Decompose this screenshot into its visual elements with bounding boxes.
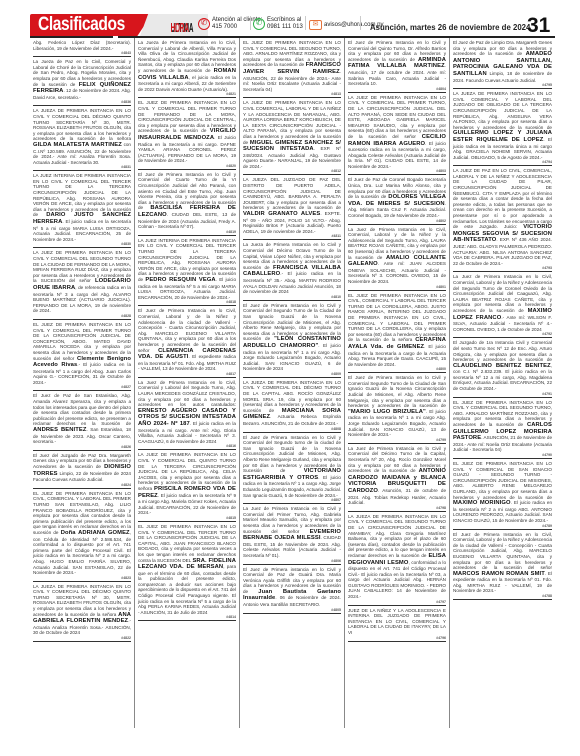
- notice-text: LA JUEZA DE PRIMERA INSTANCIA EN LO CIVI…: [348, 514, 446, 558]
- legal-notice: EL JUEZ DE PRIMERA INSTANCIA EN LO CIVIL…: [138, 98, 236, 170]
- legal-notice: LA JUEZ DE PRIMERA INSTANCIA EN LO CIVIL…: [138, 450, 236, 522]
- notice-text: La Juez de Primera Instancia en lo Civil…: [138, 380, 236, 407]
- notice-code: #4820: [138, 164, 236, 168]
- column-4: El Juez de Primera Instancia en lo Civil…: [345, 38, 450, 728]
- notice-code: #4819: [138, 230, 236, 234]
- notice-text: LA JUEZ DE PRIMERA INSTANCIA EN LO CIVIL…: [243, 100, 341, 144]
- legal-notice: EL JUEZ DE PRIMERA INSTANCIA EN LO CIVIL…: [33, 320, 131, 392]
- legal-notice: JUEZ DE LA NIÑEZ Y LA ADOLESCENCIA E INT…: [348, 606, 446, 642]
- deceased-name: VALDIR GRANATO ALVES: [243, 211, 320, 217]
- notice-code: #4807: [243, 498, 341, 502]
- phone-icon: ✆: [198, 18, 210, 30]
- notice-code: #4809: [243, 372, 341, 376]
- legal-notice: El Juez de Primera Instancia en lo Civil…: [348, 38, 446, 93]
- notice-code: #4802: [348, 219, 446, 223]
- notice-text: LA JUEZA DEL JUZGADO DE PAZ DEL DISTRITO…: [243, 177, 341, 210]
- legal-notice: La Jueza de Paz en lo Civil, Comercial y…: [33, 57, 131, 106]
- whatsapp-number[interactable]: 0981 111 013: [267, 24, 303, 30]
- legal-notice: EL JUEZ DE PRIMERA INSTANCIA EN LO CIVIL…: [453, 459, 552, 530]
- legal-notice: EL JUEZ DE PRIMERA INSTANCIA EN LO CIVIL…: [453, 398, 552, 459]
- section-title-banner: Clasificados: [30, 14, 152, 36]
- deceased-name: CLAUDELINO BENITEZ BENITEZ: [453, 363, 551, 369]
- notice-code: #4789: [453, 524, 552, 528]
- dateline: Asunción, martes 26 de noviembre de 2024: [370, 22, 530, 32]
- legal-notice: El Juez de Paz de San Estanislao, Abg. A…: [33, 391, 131, 450]
- legal-notice: EL JUEZ DE PRIMERA INSTANCIA EN LO CIVIL…: [33, 489, 131, 582]
- section-title: Clasificados: [38, 14, 125, 36]
- notice-code: #4826: [33, 445, 131, 449]
- legal-notice: La Jueza de Primera Instancia en lo Civi…: [138, 38, 236, 98]
- legal-notice: El Juzgado de 1ra Instancia Civil y Come…: [453, 338, 552, 397]
- whatsapp-icon: ✆: [253, 18, 265, 30]
- legal-notice: LA JUEZA DE PRIMERA INSTANCIA EN LO CIVI…: [33, 106, 131, 171]
- legal-notice: El Juez de Primera Instancia en lo Civil…: [453, 530, 552, 601]
- notice-code: #4792: [453, 332, 552, 336]
- notice-text: El Juzgado de 1ra Instancia Civil y Come…: [453, 340, 552, 362]
- legal-notice: El Juez de Primera Instancia en lo Civil…: [138, 306, 236, 378]
- column-2: La Jueza de Primera Instancia en lo Civi…: [135, 38, 240, 728]
- legal-notice: LA JUEZA DE PRIMERA INSTANCIA EN LO CIVI…: [33, 582, 131, 642]
- notice-code: #4808: [243, 427, 341, 431]
- legal-notice: LA JUEZ DE PRIMERA INSTANCIA EN LO CIVIL…: [243, 98, 341, 175]
- legal-notice: EL JUEZ DE PRIMERA INSTANCIA EN LO CIVIL…: [243, 38, 341, 98]
- notice-text: EL JUEZ DE PRIMERA INSTANCIA EN LO CIVIL…: [348, 293, 446, 343]
- notice-code: #4804: [348, 87, 446, 91]
- notice-code: #4795: [453, 83, 552, 87]
- notice-code: #4788: [453, 594, 552, 598]
- legal-notice: El Juez de Paz de Limpio Dra. Margareth …: [453, 38, 552, 89]
- legal-notice: El Juez de Primera Instancia en lo Civil…: [348, 373, 446, 444]
- notice-code: #4813: [243, 92, 341, 96]
- notice-code: #4831: [33, 165, 131, 169]
- notice-code: #4793: [453, 266, 552, 270]
- legal-notice: LA JUEZ INTERINA DE PRIMERA INSTANCIA EN…: [33, 171, 131, 248]
- legal-notice: La Jueza de Primera Instancia en lo Civi…: [243, 240, 341, 300]
- divider: [360, 16, 361, 30]
- column-5: El Juez de Paz de Limpio Dra. Margareth …: [450, 38, 555, 728]
- deceased-name: MARCOS RAMON ROMAN SMIT: [453, 571, 545, 577]
- envelope-icon: ✉: [309, 20, 322, 30]
- page-number: 31: [527, 14, 550, 38]
- notice-text: JUEZ DE LA NIÑEZ Y LA ADOLESCENCIA E INT…: [348, 608, 446, 635]
- page-header: Clasificados ULTIMAHORA ✆ Atención al cl…: [0, 0, 580, 36]
- notice-code: #4828: [33, 314, 131, 318]
- notice-code: #4800: [348, 367, 446, 371]
- legal-notice: El Juez de Primera instancia en lo Civil…: [243, 565, 341, 614]
- legal-notice: La Juez de Primera Instancia en lo Civil…: [453, 272, 552, 338]
- legal-notice: Abg. Federico López Díaz (Secretario). L…: [33, 38, 131, 57]
- logo-part-hora: HORA: [171, 20, 189, 35]
- notice-code: #4791: [453, 392, 552, 396]
- notice-text: El Juez de Paz de San Estanislao, Abg. A…: [33, 393, 131, 426]
- divider: [305, 16, 306, 30]
- divider: [250, 16, 251, 30]
- notice-code: #4821: [138, 92, 236, 96]
- deceased-name: GUILLERMO LOPEZ Y JULIANA ESTER RIQUELME…: [453, 130, 552, 143]
- notice-code: #4817: [138, 372, 236, 376]
- legal-notice: LA JUEZ INTERINA DE PRIMERA INSTANCIA EN…: [138, 236, 236, 307]
- notice-text: LA JUEZA DE PRIMERA INSTANCIA EN LO CIVI…: [33, 584, 131, 617]
- notice-text: , con Cédula de Identidad Nº 2.586.534, …: [33, 530, 131, 575]
- legal-notice: La Juez de Primera Instancia en lo Civil…: [348, 444, 446, 512]
- notice-code: #4843: [33, 51, 131, 55]
- deceased-name: "MARIO LUGO BRIZUELA": [348, 409, 426, 415]
- notice-code: #4816: [138, 444, 236, 448]
- notice-code: #4796: [348, 636, 446, 640]
- legal-notice: La Juez de Primera Instancia en lo Civil…: [243, 504, 341, 564]
- notice-text: El Juez de Primera Instancia en lo Civil…: [348, 375, 446, 408]
- legal-notice: La Juez de Primera Instancia en lo Civil…: [138, 378, 236, 451]
- notice-code: #4830: [33, 242, 131, 246]
- deceased-name: PEDRO RESQUIN VEGA: [145, 277, 215, 283]
- notice-code: #4805: [243, 608, 341, 612]
- notice-code: #4827: [33, 385, 131, 389]
- legal-notice: LA JUEZ DE PAZ EN LO CIVIL, COMERCIAL, L…: [453, 166, 552, 272]
- notice-code: #4810: [243, 295, 341, 299]
- legal-notice: El Juez de Primera Instancia en lo Civil…: [138, 170, 236, 236]
- whatsapp-label: Escríbinos al: [267, 17, 301, 23]
- notice-code: #4823: [33, 576, 131, 580]
- notice-code: #4815: [138, 516, 236, 520]
- notice-code: #4801: [348, 285, 446, 289]
- notice-text: LA JUEZ INTERINA DE PRIMERA INSTANCIA EN…: [138, 238, 236, 282]
- legal-notice: LA JUEZA DE PRIMERA INSTANCIA EN LO CIVI…: [453, 89, 552, 166]
- deceased-name: Doña ADRIANA GOMEZ: [61, 530, 130, 536]
- deceased-name: MAXIMO MORINIGO: [453, 500, 511, 506]
- notice-code: #4797: [348, 600, 446, 604]
- deceased-name: ANDRES BENITEZ: [33, 427, 87, 433]
- notice-code: #4798: [348, 506, 446, 510]
- notice-text: , para que en el término de 60 días, con…: [138, 564, 236, 615]
- column-1: Abg. Federico López Díaz (Secretario). L…: [30, 38, 135, 728]
- legal-notice: EL JUEZ DE PRIMERA INSTANCIA EN LO CIVIL…: [348, 291, 446, 374]
- notice-text: LA JUEZ INTERINA DE PRIMERA INSTANCIA EN…: [33, 173, 131, 217]
- notice-code: #4836: [33, 100, 131, 104]
- legal-notice: El Juez del Juzgado de Paz Dra. Margaret…: [33, 451, 131, 489]
- notice-text: El Juez de Primera Instancia en lo Civil…: [453, 532, 552, 571]
- legal-notice: El Juez de Primera Instancia en lo Civil…: [243, 301, 341, 378]
- legal-notice: El Juez de Paz de Coronel Bogado Secreta…: [348, 175, 446, 224]
- notice-code: #4790: [453, 453, 552, 457]
- column-3: EL JUEZ DE PRIMERA INSTANCIA EN LO CIVIL…: [240, 38, 345, 728]
- notice-code: #4812: [243, 169, 341, 173]
- notice-text: LA JUEZA DE PRIMERA INSTANCIA EN LO CIVI…: [33, 108, 131, 141]
- notice-text: , conformidad a lo dispuesto en el Art. …: [348, 560, 446, 600]
- legal-notice: LA JUEZA DE PRIMERA INSTANCIA EN LO CIVI…: [243, 378, 341, 433]
- legal-notice: LA JUEZ DE PRIMERA INSTANCIA EN LO CIVIL…: [348, 93, 446, 176]
- notice-text: Abg. Federico López Díaz (Secretario). L…: [33, 40, 131, 51]
- classifieds-columns: Abg. Federico López Díaz (Secretario). L…: [30, 38, 555, 728]
- notice-text: EL JUEZ DE PRIMERA INSTANCIA EN LO CIVIL…: [453, 461, 552, 500]
- notice-code: #4822: [33, 636, 131, 640]
- notice-text: LA JUEZA DE PRIMERA INSTANCIA EN LO CIVI…: [453, 91, 552, 130]
- notice-code: #4818: [138, 300, 236, 304]
- legal-notice: EL JUEZ DE PRIMERA INSTANCIA EN LO CIVIL…: [138, 522, 236, 622]
- notice-code: #4814: [138, 615, 236, 619]
- notice-code: #4806: [243, 559, 341, 563]
- whatsapp-contact: ✆ Escríbinos al0981 111 013: [253, 17, 303, 30]
- legal-notice: El Juez de Primera Instancia en lo Civil…: [243, 433, 341, 505]
- deceased-name: GILDA MALATESTA MARTINEZ: [33, 142, 122, 148]
- legal-notice: LA JUEZ DE PRIMERA INSTANCIA EN LO CIVIL…: [33, 248, 131, 320]
- notice-text: LA JUEZ DE PAZ EN LO CIVIL, COMERCIAL, L…: [453, 168, 552, 229]
- notice-text: El Juez de Primera Instancia en lo Civil…: [138, 308, 236, 352]
- phone-number[interactable]: 415 7000: [212, 24, 237, 30]
- notice-code: #4811: [243, 234, 341, 238]
- notice-code: #4803: [348, 169, 446, 173]
- legal-notice: LA JUEZA DE PRIMERA INSTANCIA EN LO CIVI…: [348, 512, 446, 606]
- notice-code: #4799: [348, 438, 446, 442]
- notice-code: #4794: [453, 160, 552, 164]
- legal-notice: La Juez de Primera Instancia en lo Civil…: [348, 225, 446, 291]
- legal-notice: LA JUEZA DEL JUZGADO DE PAZ DEL DISTRITO…: [243, 175, 341, 240]
- notice-text: EL JUEZ DE PRIMERA INSTANCIA EN LO CIVIL…: [33, 491, 131, 535]
- notice-code: #4824: [33, 483, 131, 487]
- notice-text: LA JUEZ DE PRIMERA INSTANCIA EN LO CIVIL…: [348, 95, 446, 139]
